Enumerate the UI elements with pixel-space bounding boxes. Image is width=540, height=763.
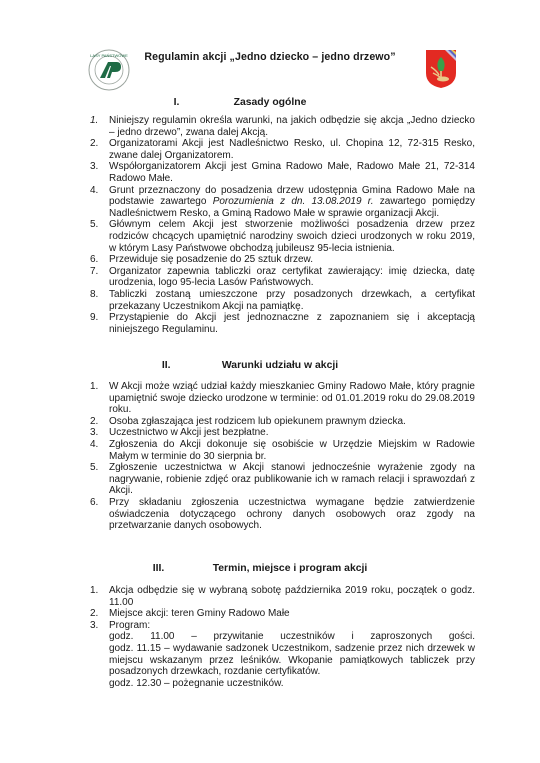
list-item: 1.W Akcji może wziąć udział każdy mieszk…	[90, 381, 475, 416]
list-item: 8.Tabliczki zostaną umieszczone przy pos…	[90, 289, 475, 312]
document-title: Regulamin akcji „Jedno dziecko – jedno d…	[130, 51, 410, 63]
lasy-panstwowe-logo: LASY PAŃSTWOWE	[88, 49, 130, 91]
section-1-list: 1.Niniejszy regulamin określa warunki, n…	[90, 115, 475, 335]
list-item: 3.Program: godz. 11.00 – przywitanie ucz…	[90, 620, 475, 690]
section-3-list: 1.Akcja odbędzie się w wybraną sobotę pa…	[90, 585, 475, 689]
list-item: 3.Uczestnictwo w Akcji jest bezpłatne.	[90, 427, 475, 439]
list-item: 2.Miejsce akcji: teren Gminy Radowo Małe	[90, 608, 475, 620]
section-title: Warunki udziału w akcji	[222, 360, 338, 371]
list-item: 1.Akcja odbędzie się w wybraną sobotę pa…	[90, 585, 475, 608]
section-heading-2: II.Warunki udziału w akcji	[0, 360, 540, 371]
list-item: 4.Grunt przeznaczony do posadzenia drzew…	[90, 185, 475, 220]
coat-of-arms-icon	[425, 49, 457, 89]
list-item: 2.Osoba zgłaszająca jest rodzicem lub op…	[90, 416, 475, 428]
section-number: I.	[174, 97, 234, 108]
list-item: 2.Organizatorami Akcji jest Nadleśnictwo…	[90, 138, 475, 161]
section-heading-3: III.Termin, miejsce i program akcji	[0, 563, 540, 574]
section-number: II.	[162, 360, 222, 371]
svg-text:LASY PAŃSTWOWE: LASY PAŃSTWOWE	[90, 53, 128, 58]
section-title: Termin, miejsce i program akcji	[213, 563, 368, 574]
list-item: 5.Głównym celem Akcji jest stworzenie mo…	[90, 219, 475, 254]
program-entry: godz. 11.15 – wydawanie sadzonek Uczestn…	[109, 643, 475, 678]
list-item: 4.Zgłoszenia do Akcji dokonuje się osobi…	[90, 439, 475, 462]
list-item: 5.Zgłoszenie uczestnictwa w Akcji stanow…	[90, 462, 475, 497]
section-heading-1: I.Zasady ogólne	[0, 97, 540, 108]
list-item: 6.Przewiduje się posadzenie do 25 sztuk …	[90, 254, 475, 266]
list-item: 1.Niniejszy regulamin określa warunki, n…	[90, 115, 475, 138]
section-title: Zasady ogólne	[234, 97, 307, 108]
list-item: 9.Przystąpienie do Akcji jest jednoznacz…	[90, 312, 475, 335]
list-item: 6.Przy składaniu zgłoszenia uczestnictwa…	[90, 497, 475, 532]
section-number: III.	[153, 563, 213, 574]
section-2-list: 1.W Akcji może wziąć udział każdy mieszk…	[90, 381, 475, 532]
list-item: 7.Organizator zapewnia tabliczki oraz ce…	[90, 266, 475, 289]
program-entry: godz. 12.30 – pożegnanie uczestników.	[109, 678, 475, 690]
list-item: 3.Współorganizatorem Akcji jest Gmina Ra…	[90, 161, 475, 184]
program-entry: godz. 11.00 – przywitanie uczestników i …	[109, 631, 475, 643]
